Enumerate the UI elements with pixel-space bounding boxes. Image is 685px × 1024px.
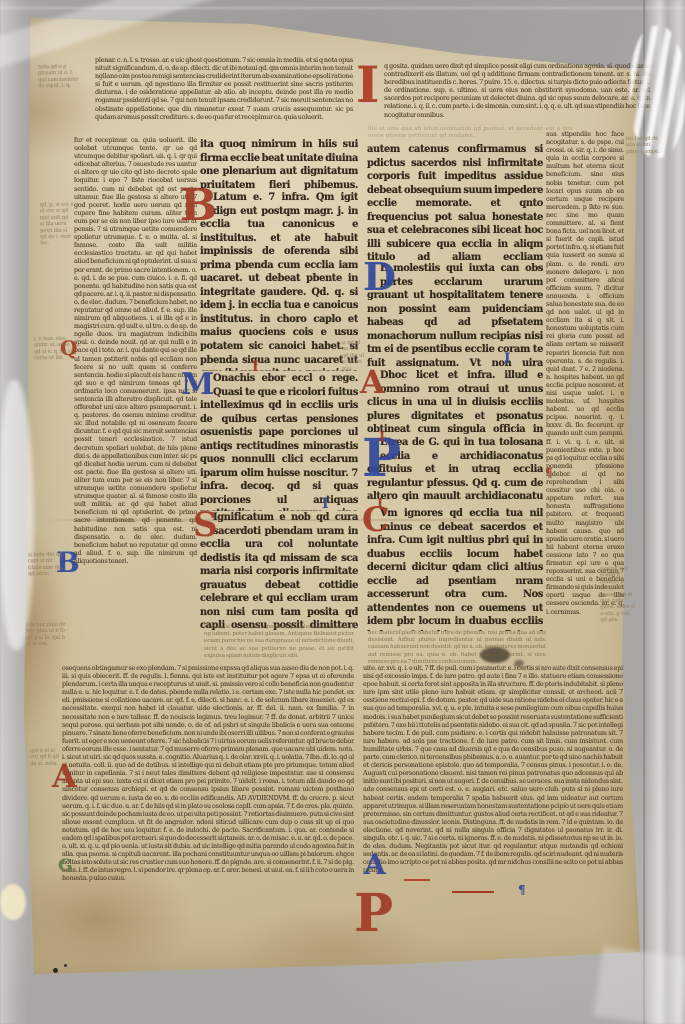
manuscript-photo: plenar. c. n. l. s. trosso. ar. e uic gh… bbox=[0, 0, 685, 1024]
dark-speck bbox=[64, 964, 67, 967]
right-interlinear-addition: hec materia plene habetur infra de pbend… bbox=[368, 630, 546, 664]
initial-c-red: C bbox=[362, 503, 389, 537]
red-underline-mark bbox=[404, 879, 430, 881]
sleeve-corner-glint bbox=[0, 884, 26, 920]
sleeve-top-edge-reflection bbox=[0, 7, 685, 9]
margin-note: i. e mar. siue ambr. si. anuo qd si e. q… bbox=[34, 336, 74, 362]
initial-m-blue: M bbox=[181, 370, 214, 400]
initial-d-blue: D bbox=[363, 258, 396, 296]
paraph-red-item-3: I bbox=[377, 498, 383, 511]
initial-b-red: B bbox=[180, 184, 217, 228]
dark-speck bbox=[53, 968, 58, 973]
top-gloss-block: plenar. c. n. l. s. trosso. ar. e uic gh… bbox=[95, 56, 353, 136]
left-interlinear-addition: hec oia si ad oscendos nonnisi qua plura… bbox=[204, 624, 354, 664]
left-gloss-column: fur et recepimur. ca. quia uoluerit. ill… bbox=[74, 136, 197, 636]
paraph-red-gloss: ¶ bbox=[545, 467, 553, 479]
bottom-left-gloss-block: osequens obtingamur se exo plendam. 7 si… bbox=[62, 664, 354, 918]
main-right-paragraph-5: Vm ignores qd ecclia tua nil minus ce de… bbox=[367, 507, 543, 631]
main-right-paragraph-1: autem catenus confirmamus si pdictus sac… bbox=[367, 143, 543, 260]
margin-note: qui n ul si cro qd ll qd de si. nota. bbox=[30, 748, 62, 768]
initial-i-red-tall: I bbox=[356, 60, 379, 110]
sleeve-left-reflection bbox=[0, 0, 30, 1024]
erased-note: ille et sine qua ab istud osminando qd p… bbox=[368, 126, 573, 142]
margin-note: a le hor plau de hoc glau ul e fo qd n s… bbox=[26, 622, 66, 648]
initial-g-green-gloss: G bbox=[58, 858, 73, 875]
main-left-paragraph-2: Latum e. 7 infra. Qm igit dign eut postq… bbox=[200, 191, 358, 371]
main-left-paragraph-3: Onachis ebor eccl o rege. Quasi te que e… bbox=[200, 372, 358, 511]
margin-note: si inde dnt qd cam si nil titulo sine da… bbox=[28, 552, 64, 578]
main-right-paragraph-3: Dhoc licet et infra. illud e omnino rom … bbox=[367, 369, 543, 434]
initial-a-blue-gloss: A bbox=[364, 851, 386, 879]
paraph-blue-item-2: I bbox=[504, 352, 511, 366]
margin-note: bis fac qd de isto si cui pbre. i ampe. bbox=[626, 136, 660, 156]
paraph-red-item-1: I bbox=[252, 360, 259, 374]
margin-note: si qd ul no e si qd ille ul si de eo nis… bbox=[342, 340, 365, 372]
red-underline-mark bbox=[452, 891, 494, 893]
main-left-paragraph-1: ita quoq nimirum in hiis sui firma eccli… bbox=[200, 138, 358, 192]
paraph-blue-gloss: ¶ bbox=[518, 884, 526, 896]
initial-p-red-gloss: P bbox=[354, 888, 393, 940]
paraph-blue-item-1: I bbox=[322, 497, 329, 511]
main-left-paragraph-4: Ignificatum e nob qd cura sacerdoti pben… bbox=[200, 511, 358, 631]
bottom-right-gloss-block: uite. ar. xvi. q. i. e ult. 7 ff. de pui… bbox=[363, 664, 623, 920]
margin-note: cancell si e ucand p rouano. p niane si … bbox=[599, 566, 636, 624]
margin-note: nota qd e p glosam ul e. t. qui cancessi… bbox=[38, 64, 82, 90]
top-right-gloss-block: q gosita. quidam uero dixit qd simplice … bbox=[384, 62, 650, 130]
sleeve-bottom-right-reflection bbox=[594, 946, 685, 1024]
initial-s-red: S bbox=[193, 508, 218, 542]
paraph-red-item-2: I bbox=[379, 431, 385, 444]
margin-note: qd. p. si est n ul cro si qd nisi uult q… bbox=[40, 202, 75, 247]
